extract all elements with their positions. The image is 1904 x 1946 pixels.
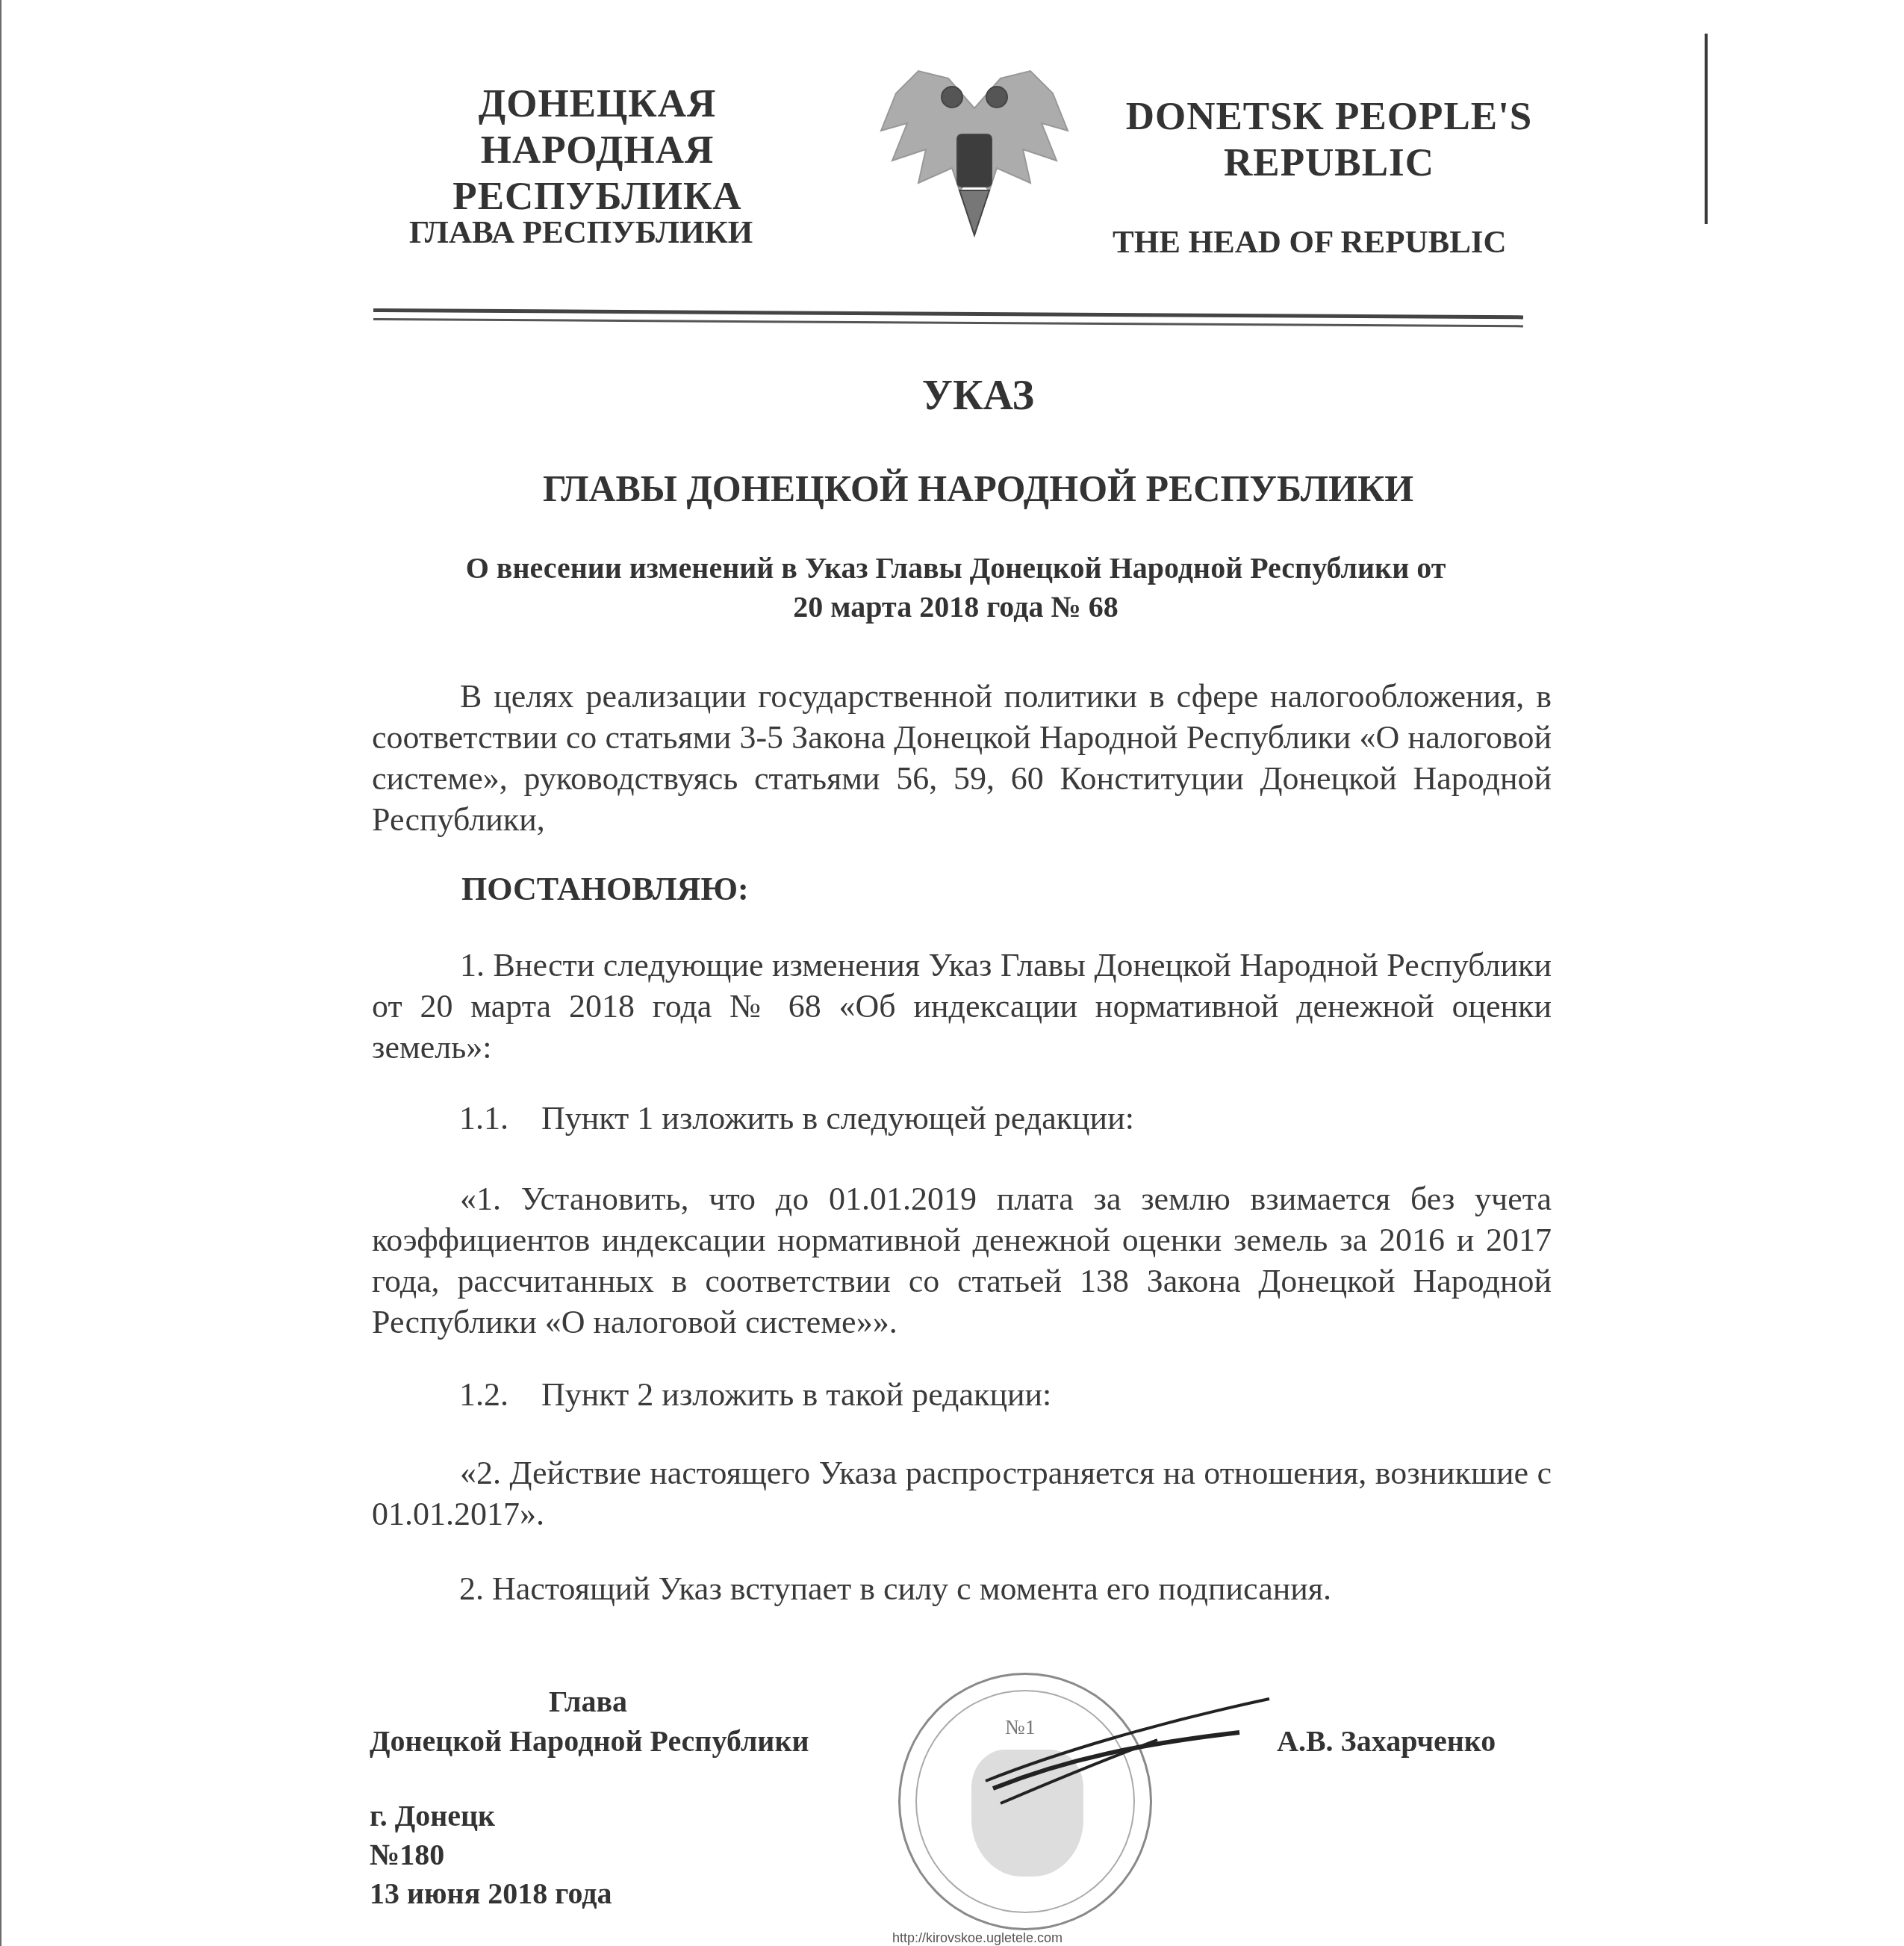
handwritten-signature: [971, 1691, 1284, 1841]
source-url[interactable]: http://kirovskoe.ugletele.com: [892, 1930, 1063, 1946]
header-right-line1: DONETSK PEOPLE'S: [1105, 93, 1553, 140]
issue-city: г. Донецк: [370, 1798, 495, 1833]
double-headed-eagle-icon: [866, 63, 1083, 239]
header-right: DONETSK PEOPLE'S REPUBLIC: [1105, 93, 1553, 186]
item-1-paragraph: 1. Внести следующие изменения Указ Главы…: [372, 945, 1552, 1068]
header-left-sub: ГЛАВА РЕСПУБЛИКИ: [409, 214, 753, 251]
decree-subject-line1: О внесении изменений в Указ Главы Донецк…: [373, 549, 1538, 588]
decree-issuer: ГЛАВЫ ДОНЕЦКОЙ НАРОДНОЙ РЕСПУБЛИКИ: [0, 467, 1904, 510]
item-1-2-text: «2. Действие настоящего Указа распростра…: [372, 1452, 1552, 1535]
scan-edge-left: [0, 0, 1, 1946]
header-left: ДОНЕЦКАЯ НАРОДНАЯ РЕСПУБЛИКА: [358, 81, 836, 220]
decree-word: ПОСТАНОВЛЯЮ:: [461, 870, 749, 908]
header-right-line2: REPUBLIC: [1105, 140, 1553, 186]
decree-date: 13 июня 2018 года: [370, 1876, 612, 1911]
item-1-1-heading: 1.1. Пункт 1 изложить в следующей редакц…: [459, 1098, 1134, 1139]
header-divider-secondary: [373, 318, 1523, 327]
decree-title: УКАЗ: [0, 372, 1904, 420]
signatory-position-line1: Глава: [549, 1684, 627, 1719]
header-left-line1: ДОНЕЦКАЯ НАРОДНАЯ: [358, 81, 836, 173]
decree-subject-line2: 20 марта 2018 года № 68: [373, 588, 1538, 627]
header-right-sub: THE HEAD OF REPUBLIC: [1113, 224, 1507, 261]
signatory-name: А.В. Захарченко: [1277, 1723, 1496, 1759]
item-1-2-heading: 1.2. Пункт 2 изложить в такой редакции:: [459, 1374, 1051, 1415]
decree-subject: О внесении изменений в Указ Главы Донецк…: [373, 549, 1538, 627]
signatory-position-line2: Донецкой Народной Республики: [370, 1723, 809, 1759]
preamble-paragraph: В целях реализации государственной полит…: [372, 676, 1552, 840]
decree-number: №180: [370, 1837, 444, 1872]
item-2-paragraph: 2. Настоящий Указ вступает в силу с моме…: [459, 1568, 1331, 1609]
header-left-line2: РЕСПУБЛИКА: [358, 173, 836, 220]
header-divider: [373, 308, 1523, 319]
item-1-1-text: «1. Установить, что до 01.01.2019 плата …: [372, 1178, 1552, 1343]
scan-mark-right: [1705, 34, 1708, 224]
